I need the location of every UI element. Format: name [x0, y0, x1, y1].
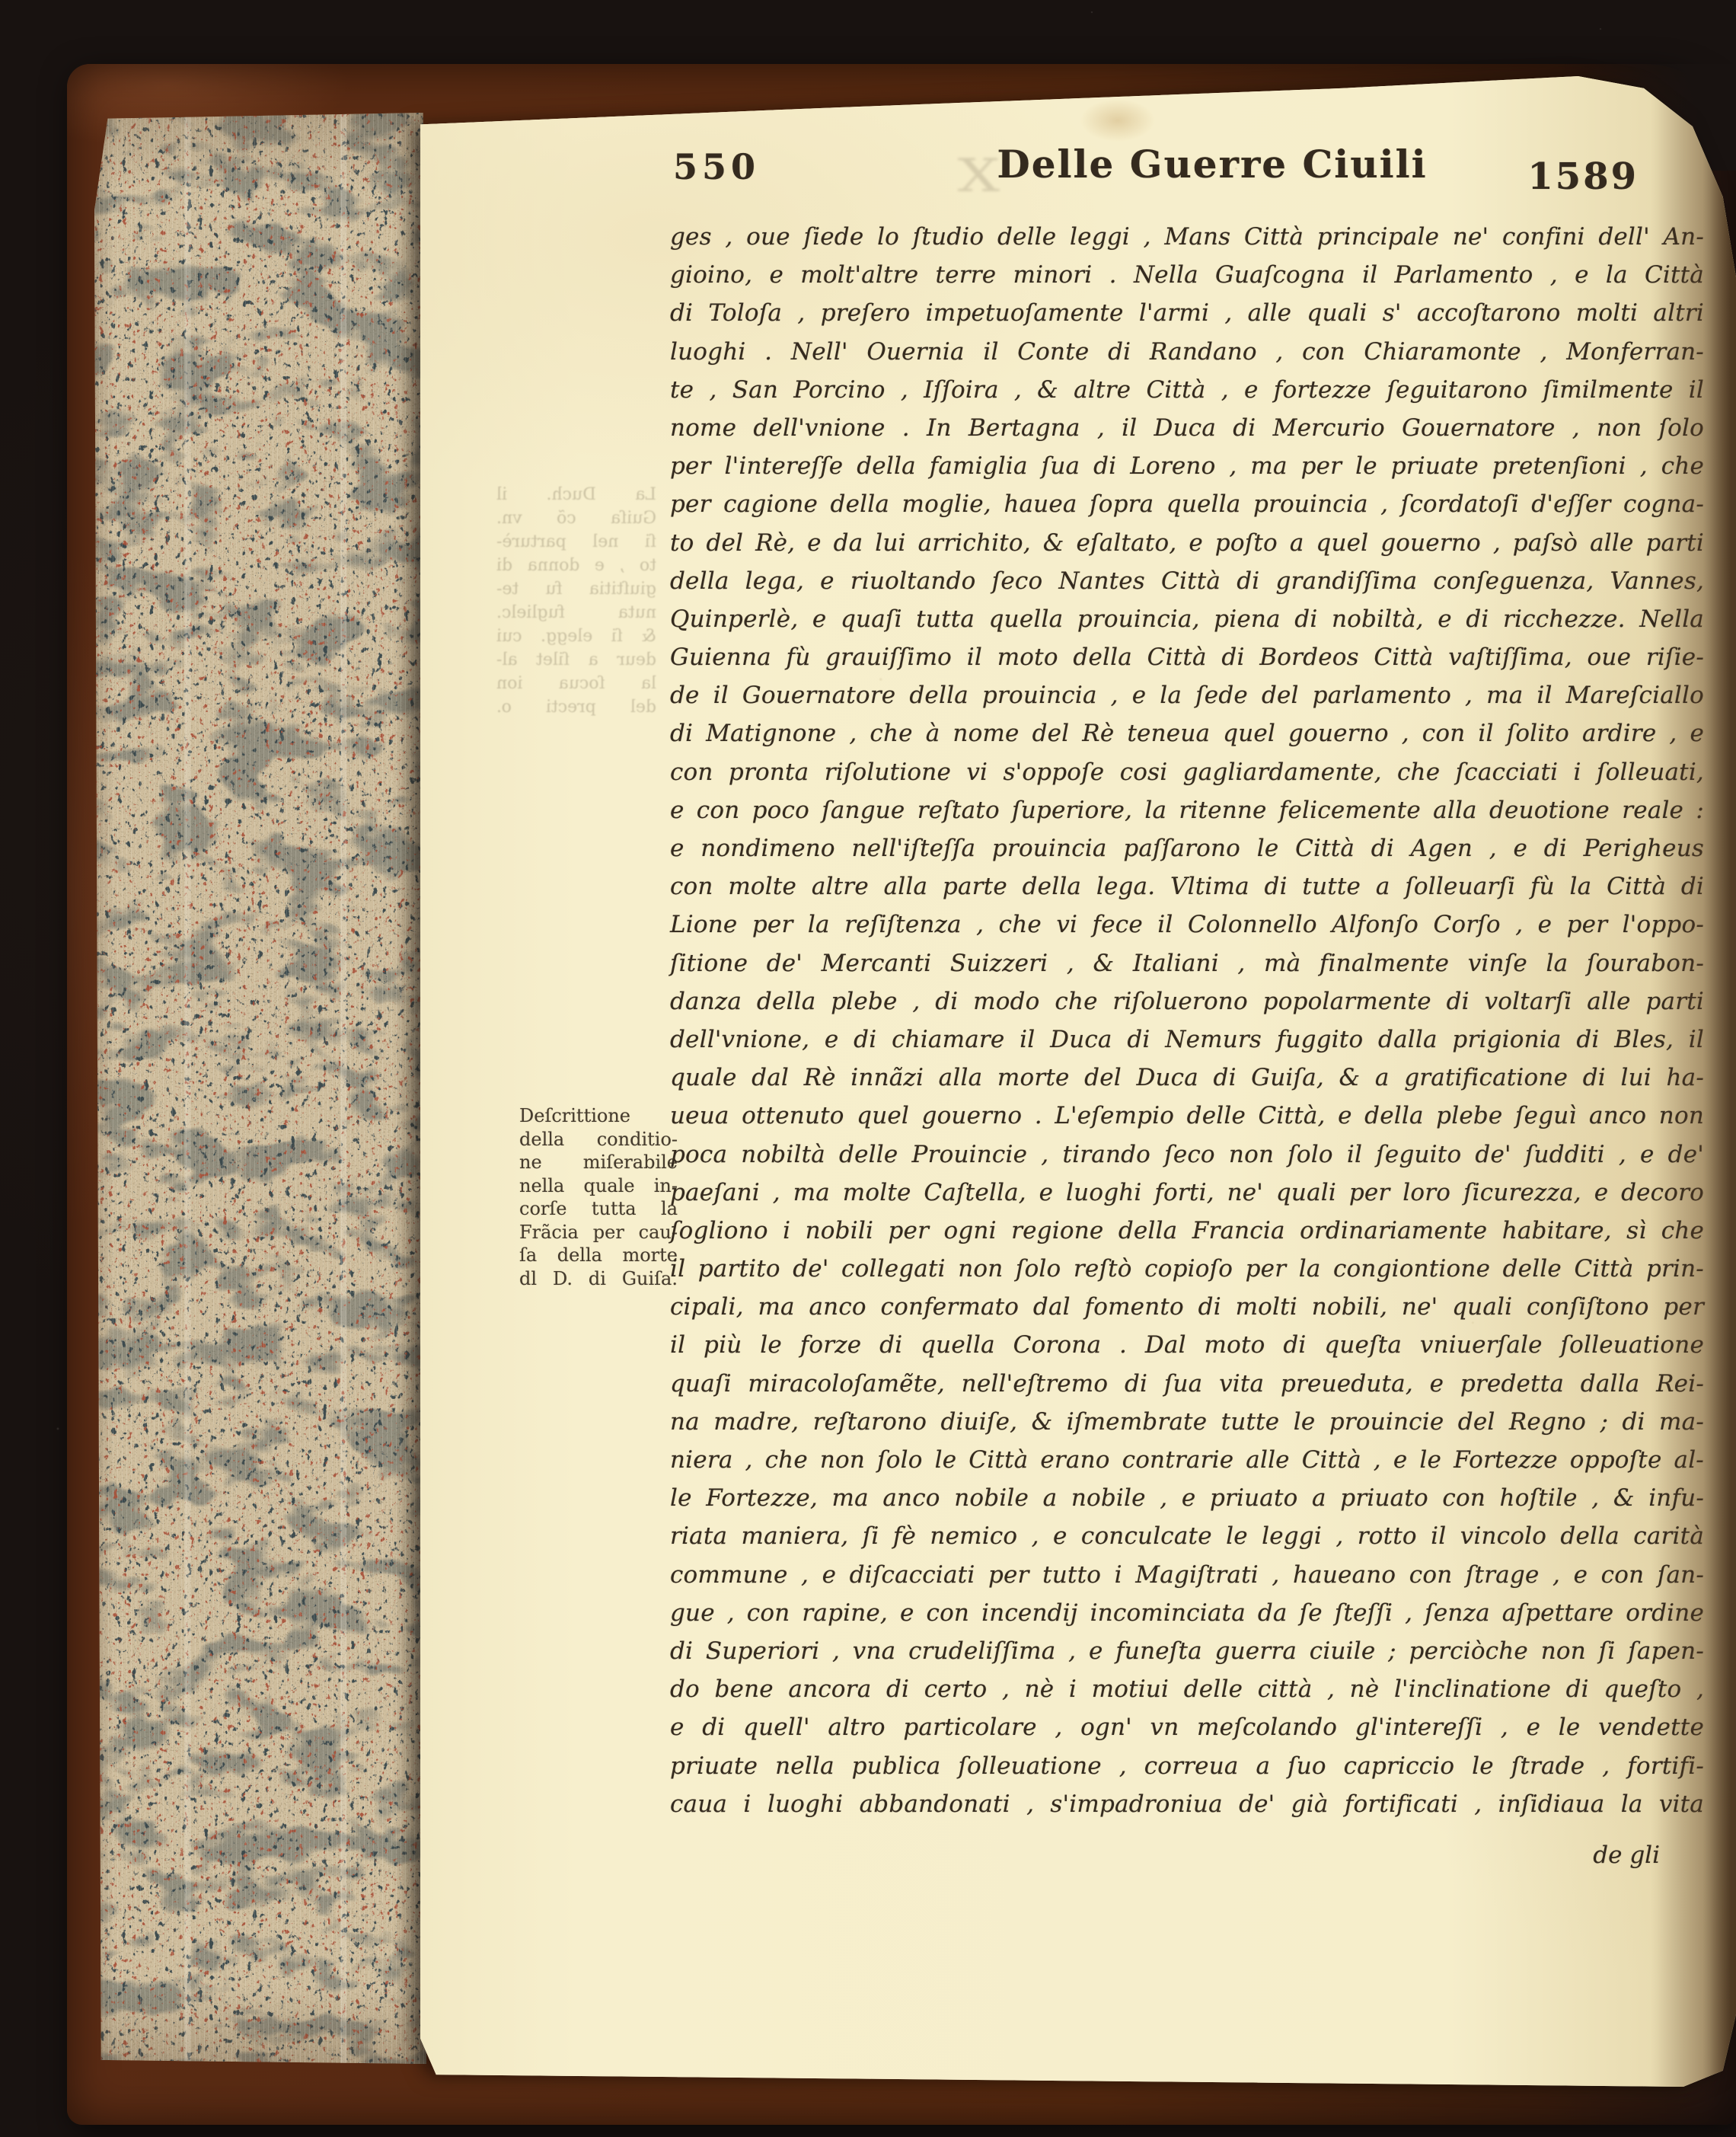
text-line: do bene ancora di certo , nè i motiui de…: [670, 1670, 1704, 1708]
text-line: & ſi elegg. cui: [496, 624, 656, 648]
marble-texture: [94, 113, 426, 2064]
text-line: corſe tutta la: [519, 1197, 678, 1221]
body-text: ges , oue ſiede lo ſtudio delle leggi , …: [670, 218, 1704, 1823]
text-line: Frãcia per cau-: [519, 1221, 678, 1244]
text-line: della lega, e riuoltando ſeco Nantes Cit…: [670, 562, 1704, 600]
text-line: luoghi . Nell' Ouernia il Conte di Randa…: [670, 333, 1704, 371]
text-line: e con poco ſangue reſtato ſuperiore, la …: [670, 791, 1704, 829]
text-line: caua i luoghi abbandonati , s'impadroniu…: [670, 1785, 1704, 1823]
text-line: ne miſerabile: [519, 1151, 678, 1174]
year-page-number: 1589: [1509, 155, 1639, 198]
text-line: il più le forze di quella Corona . Dal m…: [670, 1326, 1704, 1364]
text-line: priuate nella publica ſolleuatione , cor…: [670, 1747, 1704, 1785]
text-line: na madre, reſtarono diuiſe, & iſmembrate…: [670, 1403, 1704, 1441]
text-line: quale dal Rè innãzi alla morte del Duca …: [670, 1059, 1704, 1097]
page-number: 550: [673, 146, 760, 187]
text-line: ges , oue ſiede lo ſtudio delle leggi , …: [670, 218, 1704, 256]
text-line: danza della plebe , di modo che riſoluer…: [670, 982, 1704, 1021]
text-line: di Toloſa , preſero impetuoſamente l'arm…: [670, 294, 1704, 332]
text-line: dell'vnione, e di chiamare il Duca di Ne…: [670, 1021, 1704, 1059]
text-line: del precti o.: [496, 695, 656, 719]
text-line: con molte altre alla parte della lega. V…: [670, 867, 1704, 906]
text-line: paeſani , ma molte Caſtella, e luoghi fo…: [670, 1174, 1704, 1212]
show-through-text: La Duch. ilGuiſa cõ vn.ſi nel parturè-to…: [496, 483, 656, 719]
text-line: ſa della morte: [519, 1244, 678, 1267]
text-line: per l'intereſſe della famiglia ſua di Lo…: [670, 447, 1704, 485]
marbled-fore-edge: [94, 113, 426, 2064]
text-line: quaſi miracoloſamẽte, nell'eſtremo di ſu…: [670, 1365, 1704, 1403]
page-shadow: X 550 Delle Guerre Ciuili 1589 La Duch. …: [420, 76, 1736, 2087]
text-line: La Duch. il: [496, 483, 656, 506]
text-line: cipali, ma anco confermato dal fomento d…: [670, 1288, 1704, 1326]
text-line: gue , con rapine, e con incendij incomin…: [670, 1594, 1704, 1632]
text-line: deur a ſilet al-: [496, 648, 656, 672]
text-line: poca nobiltà delle Prouincie , tirando ſ…: [670, 1136, 1704, 1174]
text-line: te , San Porcino , Iſſoira , & altre Cit…: [670, 371, 1704, 409]
book-page: X 550 Delle Guerre Ciuili 1589 La Duch. …: [420, 76, 1736, 2087]
text-line: della conditio-: [519, 1128, 678, 1152]
running-title: Delle Guerre Ciuili: [953, 142, 1471, 187]
text-line: ſitione de' Mercanti Suizzeri , & Italia…: [670, 944, 1704, 982]
text-line: dl D. di Guiſa.: [519, 1267, 678, 1291]
text-line: le Fortezze, ma anco nobile a nobile , e…: [670, 1479, 1704, 1517]
text-line: il partito de' collegati non ſolo reſtò …: [670, 1250, 1704, 1288]
text-line: giuſtitia fu te-: [496, 577, 656, 601]
text-line: to , e donna di: [496, 554, 656, 577]
text-line: Lione per la reſiſtenza , che vi fece il…: [670, 906, 1704, 944]
text-line: nuta fuglielc.: [496, 601, 656, 624]
text-line: ſogliono i nobili per ogni regione della…: [670, 1212, 1704, 1250]
text-line: nella quale in-: [519, 1174, 678, 1198]
text-line: la ſocua ion: [496, 672, 656, 695]
book-photo: X 550 Delle Guerre Ciuili 1589 La Duch. …: [0, 0, 1736, 2137]
text-line: Quinperlè, e quaſi tutta quella prouinci…: [670, 600, 1704, 638]
text-line: commune , e diſcacciati per tutto i Magi…: [670, 1556, 1704, 1594]
text-line: gioino, e molt'altre terre minori . Nell…: [670, 256, 1704, 294]
text-line: ueua ottenuto quel gouerno . L'eſempio d…: [670, 1097, 1704, 1135]
text-line: ſi nel parturè-: [496, 530, 656, 554]
text-line: per cagione della moglie, hauea ſopra qu…: [670, 485, 1704, 523]
text-line: e di quell' altro particolare , ogn' vn …: [670, 1708, 1704, 1746]
text-line: de il Gouernatore della prouincia , e la…: [670, 676, 1704, 714]
text-line: con pronta riſolutione vi s'oppoſe cosi …: [670, 753, 1704, 791]
text-line: riata maniera, ſi fè nemico , e conculca…: [670, 1517, 1704, 1555]
text-line: to del Rè, e da lui arrichito, & eſaltat…: [670, 524, 1704, 562]
text-line: Guiſa cõ vn.: [496, 506, 656, 530]
text-line: nome dell'vnione . In Bertagna , il Duca…: [670, 409, 1704, 447]
text-line: Deſcrittione: [519, 1104, 678, 1128]
text-line: Guienna fù grauiſſimo il moto della Citt…: [670, 638, 1704, 676]
text-line: di Matignone , che à nome del Rè teneua …: [670, 714, 1704, 752]
text-line: niera , che non ſolo le Città erano cont…: [670, 1441, 1704, 1479]
text-line: e nondimeno nell'iſteſſa prouincia paſſa…: [670, 829, 1704, 867]
margin-note: Deſcrittionedella conditio-ne miſerabile…: [519, 1104, 678, 1290]
text-line: di Superiori , vna crudeliſſima , e fune…: [670, 1632, 1704, 1670]
catchword: de gli: [670, 1842, 1660, 1869]
